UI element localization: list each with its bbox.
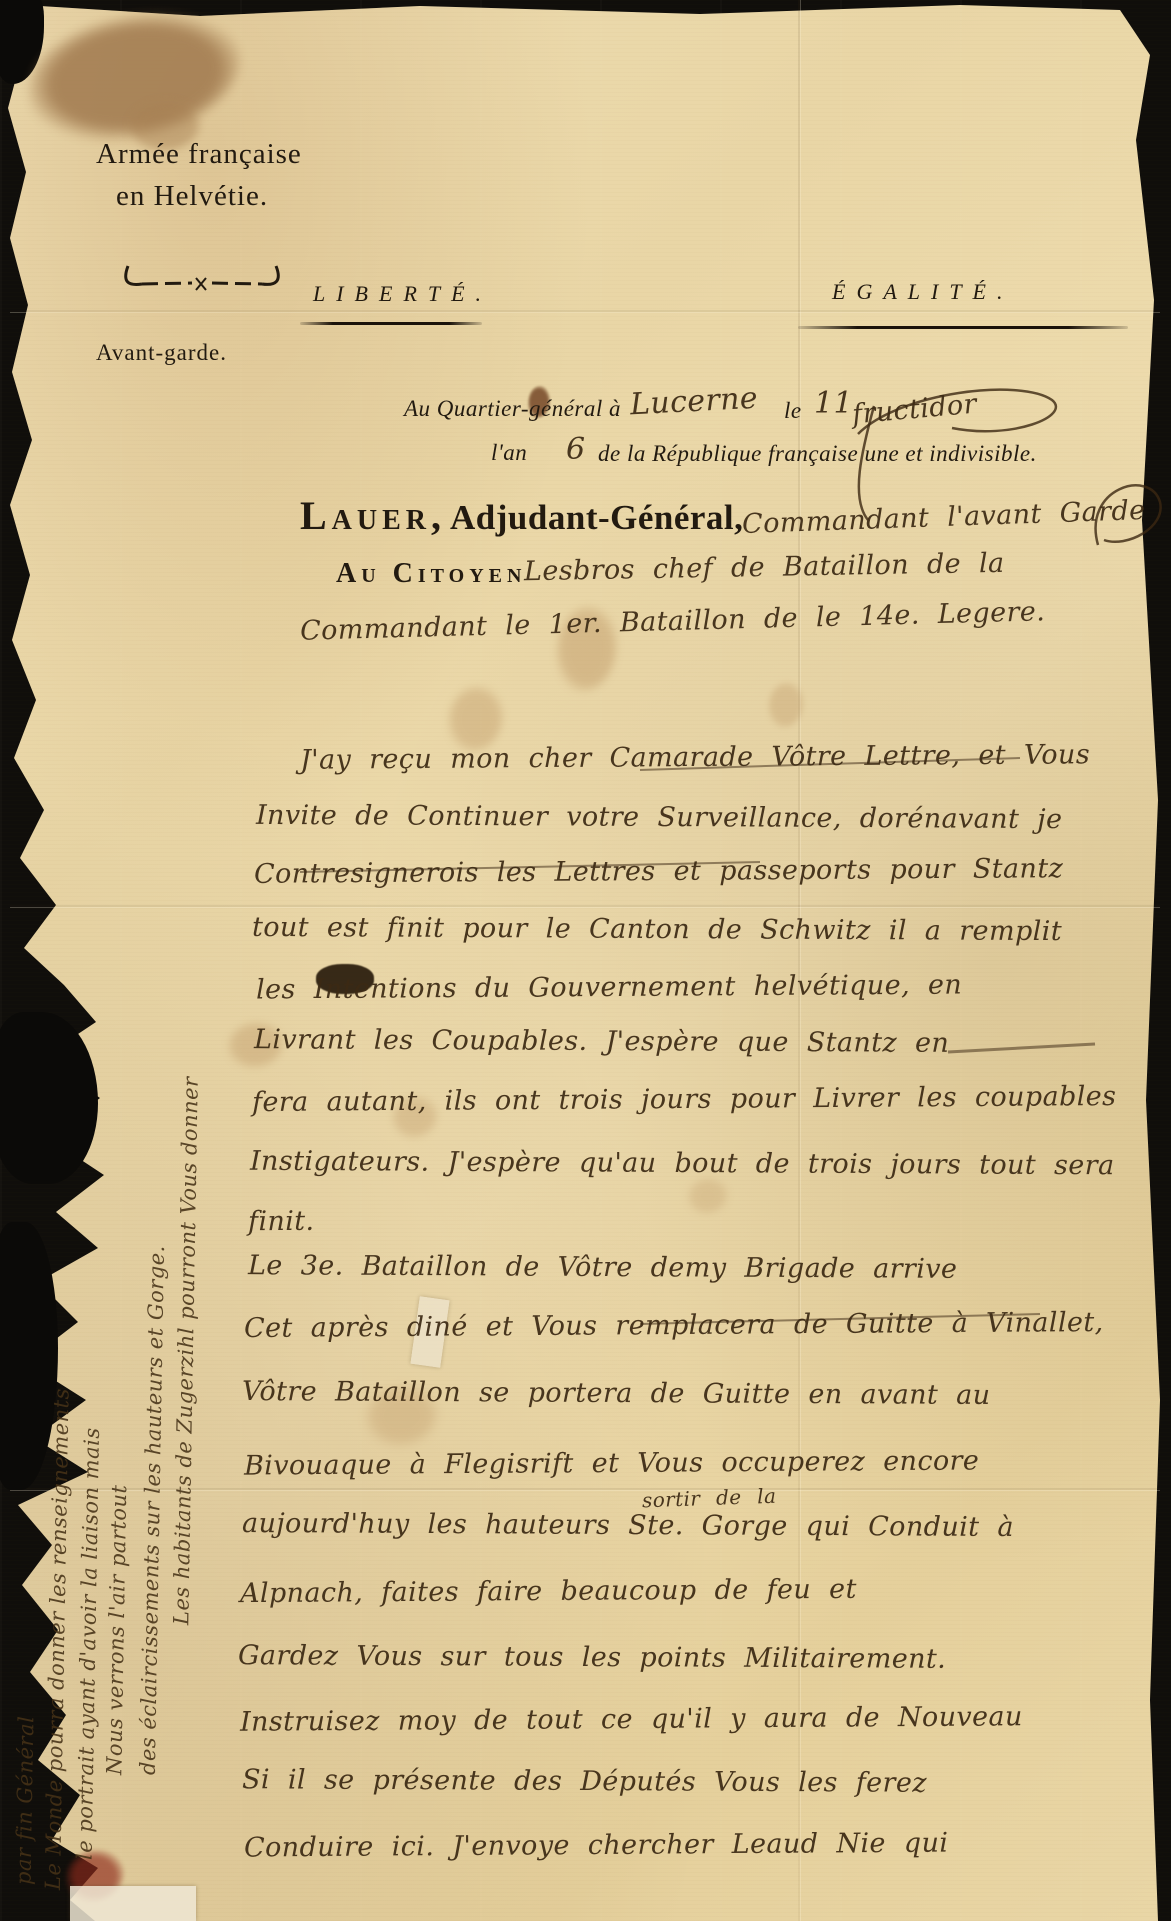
- motto-egalite: ÉGALITÉ.: [832, 279, 1014, 305]
- dateline-year-manuscript: 6: [566, 432, 586, 467]
- body-line: tout est finit pour le Canton de Schwitz…: [252, 912, 1062, 947]
- interlinear-insertion: sortir de la: [642, 1484, 777, 1513]
- motto-liberte: LIBERTÉ.: [313, 281, 492, 307]
- dateline-republic: de la République française une et indivi…: [598, 441, 1037, 467]
- dateline-place-manuscript: Lucerne: [629, 381, 759, 423]
- motto-liberte-rule: [300, 322, 482, 325]
- body-line: Conduire ici. J'envoye chercher Leaud Ni…: [244, 1828, 949, 1864]
- dateline-prefix: Au Quartier-général à: [404, 396, 621, 422]
- body-line: Instigateurs. J'espère qu'au bout de tro…: [250, 1146, 1115, 1182]
- corps-name-line2: en Helvétie.: [116, 180, 268, 213]
- body-line: Cet après diné et Vous remplacera de Gui…: [244, 1307, 1104, 1344]
- sender-title: Adjudant-Général,: [450, 498, 743, 537]
- margin-line: Le Monde pourra donner les renseignement…: [41, 1300, 75, 1890]
- corps-name-line1: Armée française: [96, 138, 302, 171]
- body-line: Contresignerois les Lettres et passeport…: [254, 853, 1063, 890]
- motto-egalite-rule: [798, 326, 1128, 329]
- body-line: Bivouaque à Flegisrift et Vous occuperez…: [244, 1445, 979, 1481]
- body-line: Si il se présente des Députés Vous les f…: [242, 1764, 927, 1799]
- body-line: Instruisez moy de tout ce qu'il y aura d…: [240, 1701, 1023, 1737]
- dateline-le: le: [784, 398, 802, 424]
- body-line: Le 3e. Bataillon de Vôtre demy Brigade a…: [248, 1250, 958, 1285]
- recipient-printed-label: Au Citoyen: [336, 558, 526, 590]
- body-line: aujourd'huy les hauteurs Ste. Gorge qui …: [242, 1508, 1014, 1543]
- body-line: finit.: [248, 1206, 315, 1237]
- body-line: J'ay reçu mon cher Camarade Vôtre Lettre…: [300, 739, 1090, 776]
- body-line: les Intentions du Gouvernement helvétiqu…: [256, 970, 962, 1006]
- body-line: Gardez Vous sur tous les points Militair…: [238, 1640, 946, 1675]
- dateline-day-manuscript: 11: [814, 386, 853, 421]
- body-line: Vôtre Bataillon se portera de Guitte en …: [242, 1376, 991, 1411]
- sender-name: Lauer,: [300, 493, 446, 538]
- sender-line: Lauer, Adjudant-Général,: [300, 492, 743, 539]
- body-line: fera autant, ils ont trois jours pour Li…: [252, 1081, 1117, 1118]
- dateline-an: l'an: [491, 440, 527, 466]
- body-line: Alpnach, faites faire beaucoup de feu et: [240, 1574, 857, 1609]
- division-label: Avant-garde.: [96, 340, 227, 366]
- photographed-letter: Armée française en Helvétie. LIBERTÉ. ÉG…: [0, 0, 1171, 1921]
- margin-line: par fin Général: [11, 1365, 44, 1885]
- body-line: Livrant les Coupables. J'espère que Stan…: [254, 1024, 949, 1059]
- body-line: Invite de Continuer votre Surveillance, …: [256, 800, 1063, 835]
